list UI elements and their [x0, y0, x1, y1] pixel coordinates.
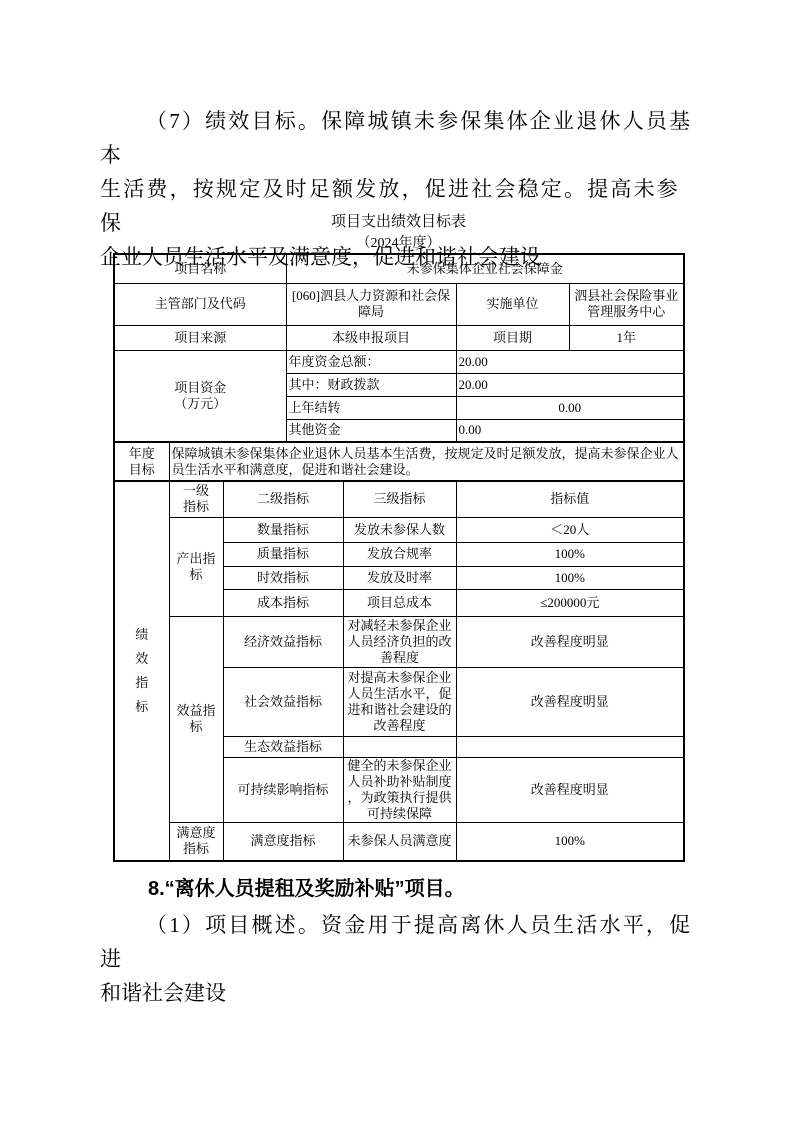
performance-target-table: 项目名称 未参保集体企业社会保障金 主管部门及代码 [060]泗县人力资源和社会… — [113, 253, 685, 862]
paragraph-8-line: 和谐社会建设 — [100, 976, 700, 1010]
period-label: 项目期 — [456, 325, 569, 350]
indicator-value: 100% — [456, 822, 684, 861]
indicator-value: 100% — [456, 542, 684, 566]
header-level2: 二级指标 — [223, 481, 343, 517]
source-value: 本级申报项目 — [286, 325, 456, 350]
funds-row-value: 0.00 — [456, 396, 684, 419]
indicator-l3: 发放未参保人数 — [343, 517, 456, 542]
row-indicator-header: 绩 效 指 标 一级 指标 二级指标 三级指标 指标值 — [114, 481, 684, 517]
output-group-label: 产出指标 — [169, 517, 223, 616]
funds-label: 项目资金 （万元） — [114, 350, 286, 442]
annual-goal-label: 年度 目标 — [114, 442, 169, 481]
period-value: 1年 — [569, 325, 684, 350]
heading-8: 8.“离休人员提租及奖励补贴”项目。 — [100, 877, 700, 901]
indicator-l3: 对提高未参保企业人员生活水平，促进和谐社会建设的改善程度 — [343, 667, 456, 736]
row-satisfaction: 满意度指标 满意度指标 未参保人员满意度 100% — [114, 822, 684, 861]
benefit-group-label: 效益指标 — [169, 616, 223, 822]
indicator-value: 100% — [456, 566, 684, 589]
impl-unit-value: 泗县社会保险事业管理服务中心 — [569, 283, 684, 325]
row-quantity: 产出指标 数量指标 发放未参保人数 ＜20人 — [114, 517, 684, 542]
funds-row-label: 其中：财政拨款 — [286, 373, 456, 396]
dept-label: 主管部门及代码 — [114, 283, 286, 325]
row-source: 项目来源 本级申报项目 项目期 1年 — [114, 325, 684, 350]
funds-row-value: 20.00 — [456, 373, 684, 396]
indicator-value: 改善程度明显 — [456, 616, 684, 667]
paragraph-8-1: （1）项目概述。资金用于提高离休人员生活水平，促进 和谐社会建设 — [100, 908, 700, 1010]
dept-value: [060]泗县人力资源和社会保障局 — [286, 283, 456, 325]
indicator-l2: 时效指标 — [223, 566, 343, 589]
table-subtitle: （2024年度） — [100, 236, 697, 252]
header-level1: 一级 指标 — [169, 481, 223, 517]
funds-row-value: 20.00 — [456, 350, 684, 373]
table-title: 项目支出绩效目标表 — [100, 214, 697, 231]
project-name-value: 未参保集体企业社会保障金 — [286, 254, 684, 283]
paragraph-7-line: （7）绩效目标。保障城镇未参保集体企业退休人员基本 — [100, 104, 700, 172]
indicator-value: 改善程度明显 — [456, 667, 684, 736]
row-dept: 主管部门及代码 [060]泗县人力资源和社会保障局 实施单位 泗县社会保险事业管… — [114, 283, 684, 325]
indicator-l3 — [343, 736, 456, 757]
document-page: （7）绩效目标。保障城镇未参保集体企业退休人员基本 生活费，按规定及时足额发放，… — [0, 0, 793, 1122]
indicator-l2: 数量指标 — [223, 517, 343, 542]
indicator-l3: 健全的未参保企业人员补助补贴制度，为政策执行提供可持续保障 — [343, 757, 456, 822]
indicator-value: ＜20人 — [456, 517, 684, 542]
project-name-label: 项目名称 — [114, 254, 286, 283]
row-economic-benefit: 效益指标 经济效益指标 对减轻未参保企业人员经济负担的改善程度 改善程度明显 — [114, 616, 684, 667]
paragraph-8-line: （1）项目概述。资金用于提高离休人员生活水平，促进 — [100, 908, 700, 976]
indicator-l3: 对减轻未参保企业人员经济负担的改善程度 — [343, 616, 456, 667]
row-project-name: 项目名称 未参保集体企业社会保障金 — [114, 254, 684, 283]
funds-row-label: 其他资金 — [286, 419, 456, 442]
row-funds-total: 项目资金 （万元） 年度资金总额： 20.00 — [114, 350, 684, 373]
indicator-l2: 成本指标 — [223, 589, 343, 616]
perf-indicator-label: 绩 效 指 标 — [114, 481, 169, 861]
indicator-l3: 发放合规率 — [343, 542, 456, 566]
header-value: 指标值 — [456, 481, 684, 517]
funds-row-label: 年度资金总额： — [286, 350, 456, 373]
impl-unit-label: 实施单位 — [456, 283, 569, 325]
indicator-l2: 可持续影响指标 — [223, 757, 343, 822]
indicator-l2: 经济效益指标 — [223, 616, 343, 667]
header-level3: 三级指标 — [343, 481, 456, 517]
indicator-l3: 项目总成本 — [343, 589, 456, 616]
annual-goal-text: 保障城镇未参保集体企业退休人员基本生活费，按规定及时足额发放，提高未参保企业人员… — [169, 442, 684, 481]
indicator-l2: 社会效益指标 — [223, 667, 343, 736]
indicator-l2: 生态效益指标 — [223, 736, 343, 757]
indicator-value — [456, 736, 684, 757]
indicator-value: 改善程度明显 — [456, 757, 684, 822]
satisfaction-group-label: 满意度指标 — [169, 822, 223, 861]
funds-row-label: 上年结转 — [286, 396, 456, 419]
indicator-l3: 未参保人员满意度 — [343, 822, 456, 861]
funds-row-value: 0.00 — [456, 419, 684, 442]
source-label: 项目来源 — [114, 325, 286, 350]
indicator-l2: 满意度指标 — [223, 822, 343, 861]
indicator-value: ≤200000元 — [456, 589, 684, 616]
indicator-l3: 发放及时率 — [343, 566, 456, 589]
indicator-l2: 质量指标 — [223, 542, 343, 566]
row-annual-goal: 年度 目标 保障城镇未参保集体企业退休人员基本生活费，按规定及时足额发放，提高未… — [114, 442, 684, 481]
